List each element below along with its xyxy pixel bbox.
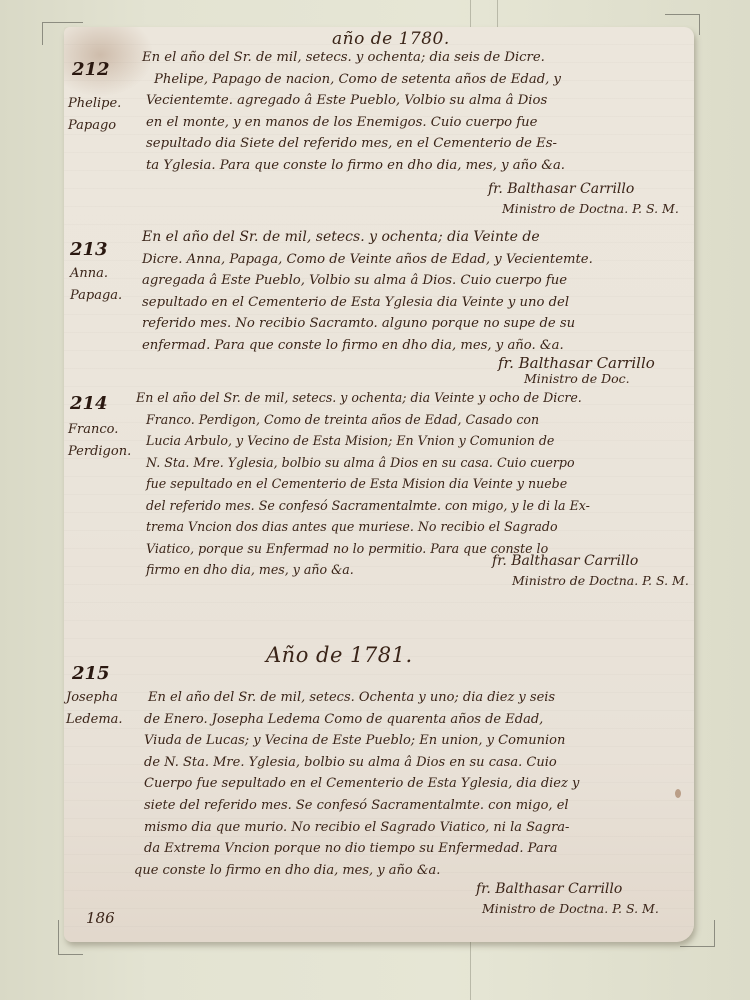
text-line: En el año del Sr. de mil, setecs. y oche… — [142, 227, 593, 249]
signature-name: fr. Balthasar Carrillo — [492, 551, 689, 571]
signature-title: Ministro de Doctna. P. S. M. — [476, 899, 659, 919]
margin-name: Franco. Perdigon. — [68, 419, 131, 463]
entry-number: 213 — [70, 239, 108, 260]
text-line: mismo dia que murio. No recibio el Sagra… — [144, 817, 579, 839]
text-line: del referido mes. Se confesó Sacramental… — [136, 495, 590, 517]
signature: fr. Balthasar Carrillo Ministro de Doctn… — [492, 551, 689, 591]
text-line: agregada â Este Pueblo, Volbio su alma â… — [142, 270, 593, 292]
text-line: en el monte, y en manos de los Enemigos.… — [142, 112, 565, 134]
margin-name-line: Perdigon. — [68, 441, 131, 463]
text-line: de N. Sta. Mre. Yglesia, bolbio su alma … — [144, 752, 579, 774]
text-line: En el año del Sr. de mil, setecs. Ochent… — [144, 687, 579, 709]
margin-name-line: Phelipe. — [68, 93, 121, 115]
margin-name: Phelipe. Papago — [68, 93, 121, 137]
signature-name: fr. Balthasar Carrillo — [476, 879, 659, 899]
text-line: Phelipe, Papago de nacion, Como de seten… — [142, 69, 565, 91]
text-line: sepultado en el Cementerio de Esta Ygles… — [142, 292, 593, 314]
margin-name-line: Anna. — [70, 263, 122, 285]
signature-title: Ministro de Doctna. P. S. M. — [488, 199, 679, 219]
text-line: da Extrema Vncion porque no dio tiempo s… — [144, 838, 579, 860]
signature: fr. Balthasar Carrillo Ministro de Doctn… — [488, 179, 679, 219]
year-heading-1781: Año de 1781. — [266, 643, 413, 667]
text-line: N. Sta. Mre. Yglesia, bolbio su alma â D… — [136, 452, 590, 474]
margin-name-line: Josepha — [66, 687, 123, 709]
margin-name-line: Papago — [68, 115, 121, 137]
signature: fr. Balthasar Carrillo Ministro de Doctn… — [476, 879, 659, 919]
ink-stain — [675, 789, 681, 798]
entry-text: En el año del Sr. de mil, setecs. Ochent… — [144, 687, 579, 881]
entry-text: En el año del Sr. de mil, setecs. y oche… — [142, 47, 565, 176]
text-line: trema Vncion dos dias antes que muriese.… — [136, 516, 590, 538]
text-line: Cuerpo fue sepultado en el Cementerio de… — [144, 773, 579, 795]
text-line: ta Yglesia. Para que conste lo firmo en … — [142, 155, 565, 177]
entry-number: 212 — [72, 59, 110, 80]
text-line: Dicre. Anna, Papaga, Como de Veinte años… — [142, 249, 593, 271]
year-heading-1780: año de 1780. — [332, 29, 450, 49]
margin-name: Josepha Ledema. — [66, 687, 123, 731]
margin-name-line: Ledema. — [66, 709, 123, 731]
folio-number: 186 — [86, 909, 115, 927]
text-line: sepultado dia Siete del referido mes, en… — [142, 133, 565, 155]
margin-name-line: Franco. — [68, 419, 131, 441]
margin-name: Anna. Papaga. — [70, 263, 122, 307]
margin-name-line: Papaga. — [70, 285, 122, 307]
text-line: Franco. Perdigon, Como de treinta años d… — [136, 409, 590, 431]
text-line: En el año del Sr. de mil, setecs. y oche… — [136, 387, 590, 409]
text-line: Viuda de Lucas; y Vecina de Este Pueblo;… — [144, 730, 579, 752]
entry-text: En el año del Sr. de mil, setecs. y oche… — [142, 227, 593, 356]
entry-number: 215 — [72, 663, 110, 684]
text-line: Vecientemte. agregado â Este Pueblo, Vol… — [142, 90, 565, 112]
mount-fold-line — [497, 0, 498, 30]
text-line: de Enero. Josepha Ledema Como de quarent… — [144, 709, 579, 731]
entry-number: 214 — [70, 393, 108, 414]
signature-name: fr. Balthasar Carrillo — [488, 179, 679, 199]
text-line: referido mes. No recibio Sacramto. algun… — [142, 313, 593, 335]
manuscript-page: año de 1780. 212 Phelipe. Papago En el a… — [64, 27, 694, 942]
signature-title: Ministro de Doctna. P. S. M. — [492, 571, 689, 591]
text-line: siete del referido mes. Se confesó Sacra… — [144, 795, 579, 817]
text-line: fue sepultado en el Cementerio de Esta M… — [136, 473, 590, 495]
text-line: Lucia Arbulo, y Vecino de Esta Mision; E… — [136, 430, 590, 452]
text-line: En el año del Sr. de mil, setecs. y oche… — [142, 47, 565, 69]
signature: fr. Balthasar Carrillo Ministro de Doc. — [498, 353, 655, 389]
